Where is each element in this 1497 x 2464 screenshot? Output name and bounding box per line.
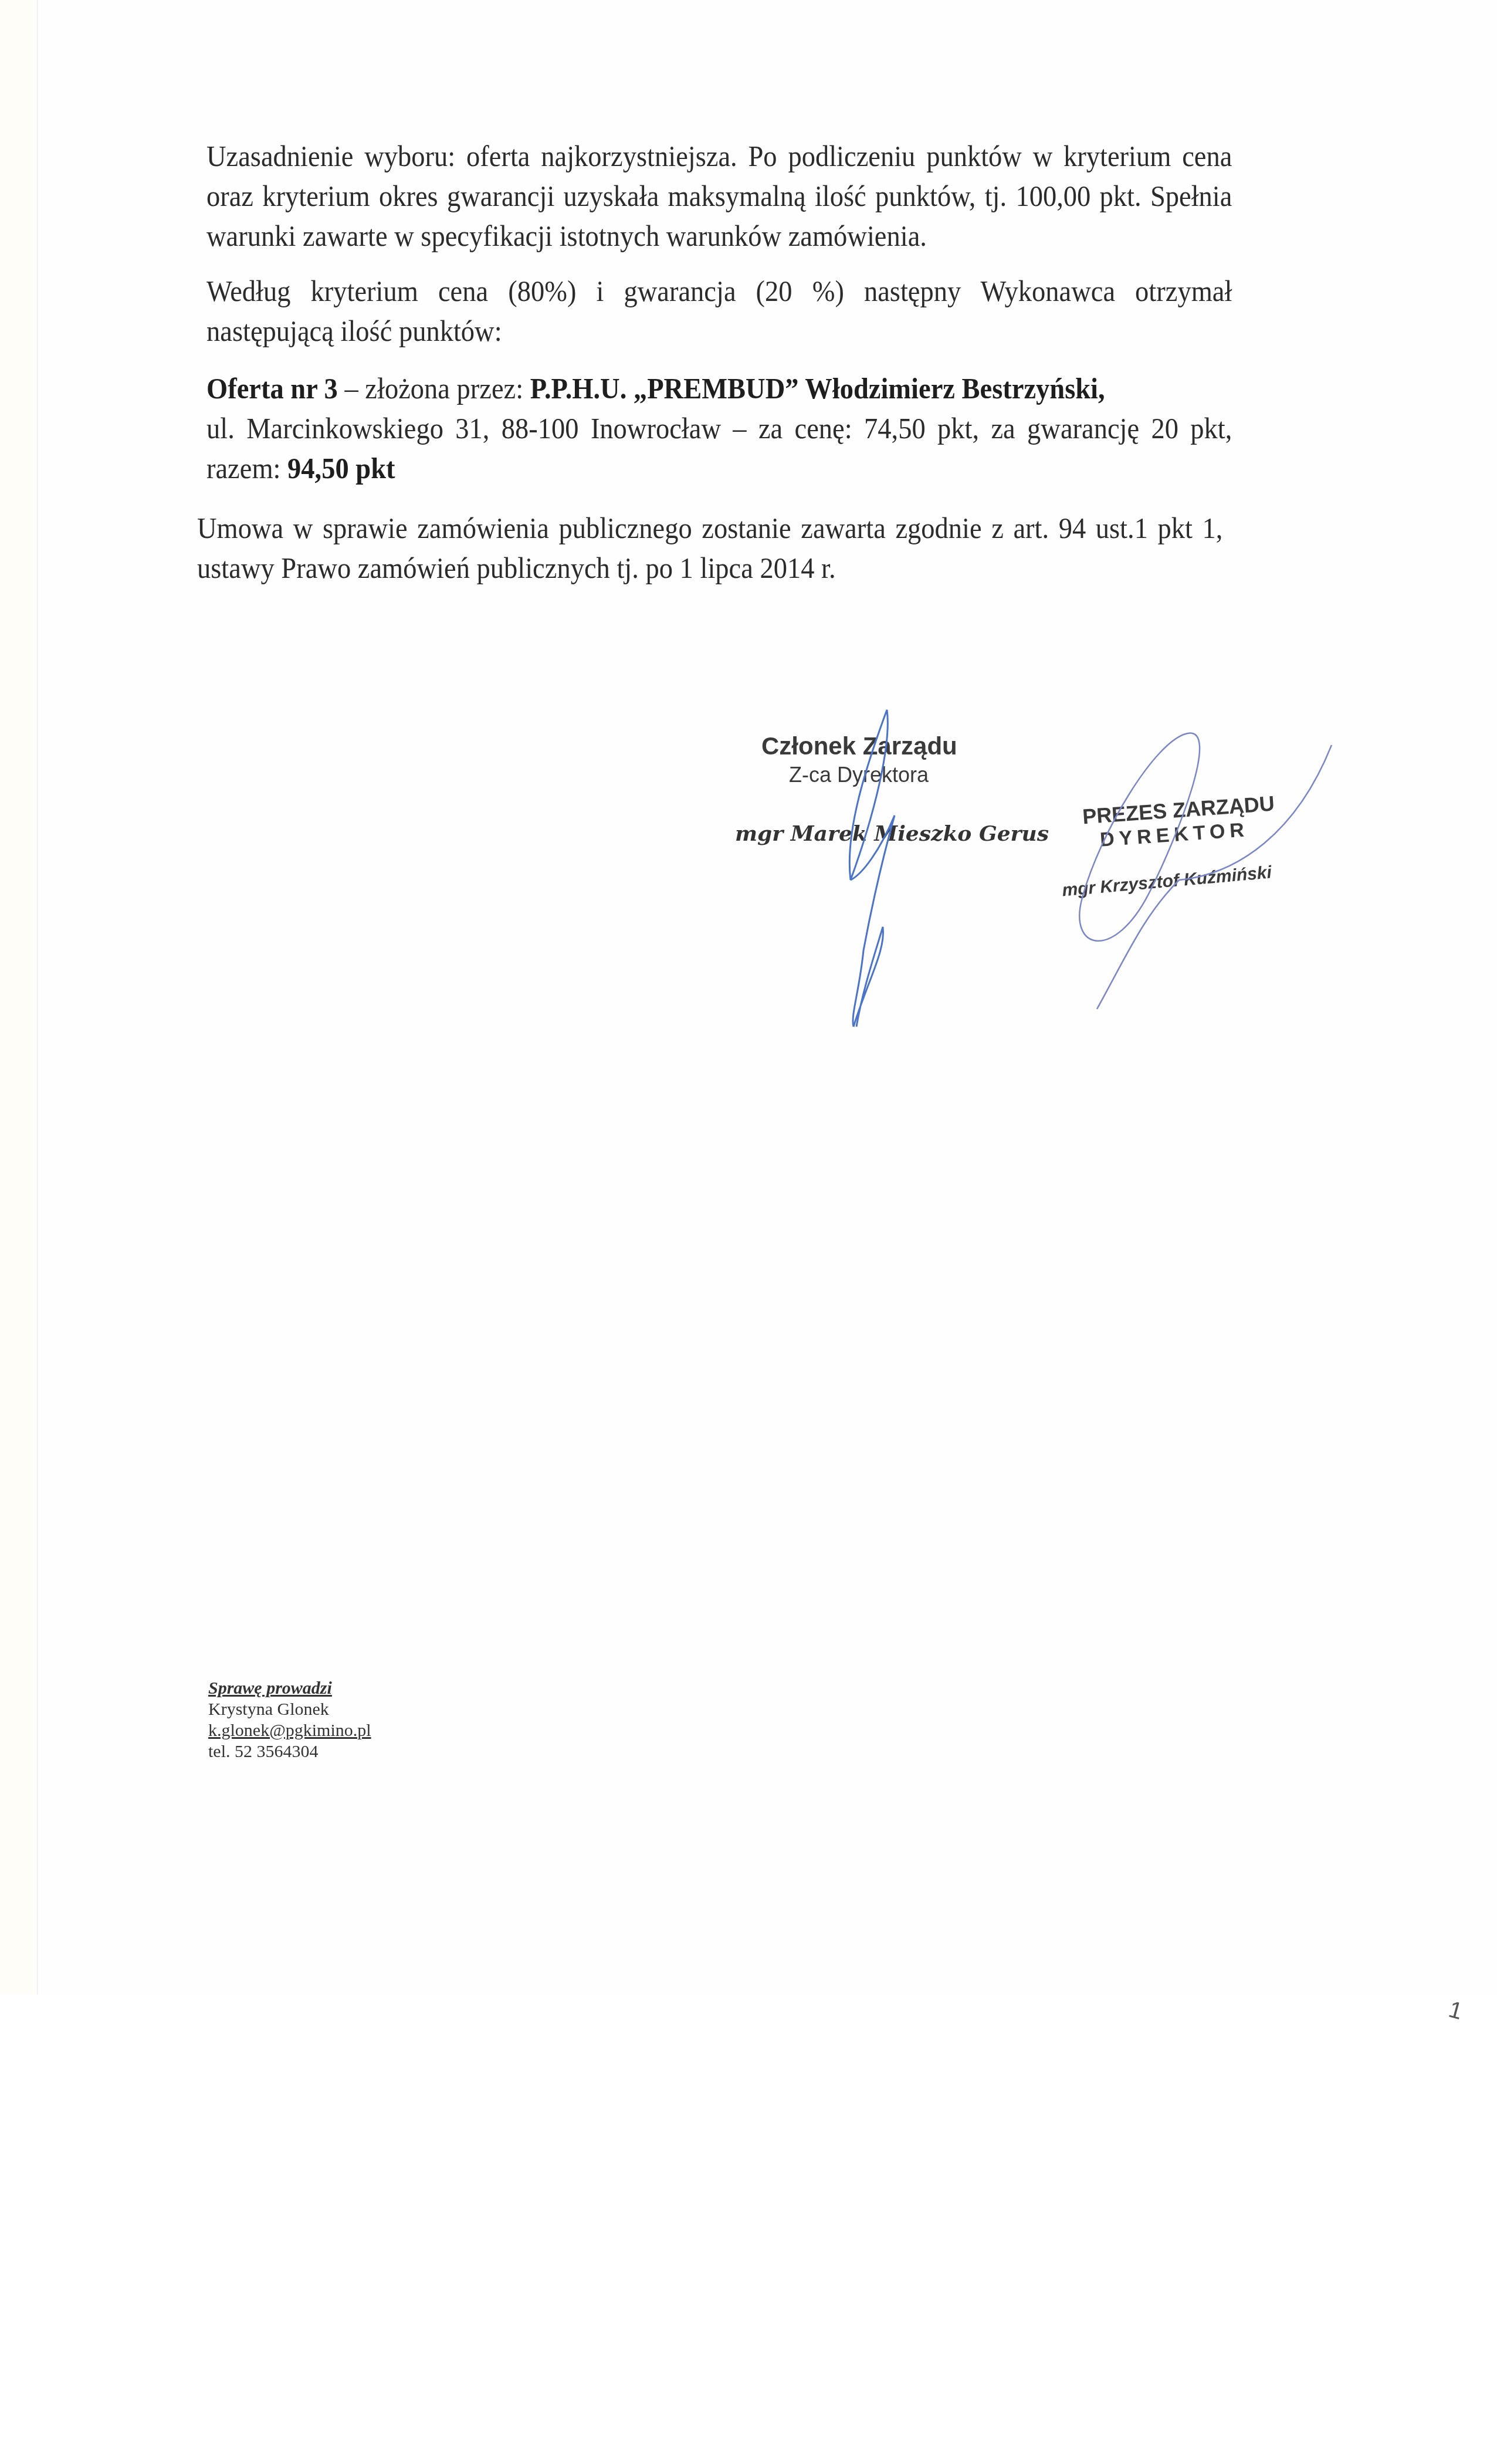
scan-edge-line [37,0,38,1995]
offer-total-label: razem: [206,452,287,485]
scan-margin-tint [0,0,35,1995]
contract-paragraph: Umowa w sprawie zamówienia publicznego z… [197,508,1222,588]
offer-total-value: 94,50 pkt [287,452,395,485]
justification-paragraph: Uzasadnienie wyboru: oferta najkorzystni… [206,136,1232,256]
criteria-line-2: następującą ilość punktów: [206,311,1232,351]
offer-company: P.P.H.U. „PREMBUD” Włodzimierz Bestrzyńs… [530,372,1105,405]
case-handler-email[interactable]: k.glonek@pgkimino.pl [208,1720,371,1741]
offer-block: Oferta nr 3 – złożona przez: P.P.H.U. „P… [206,368,1232,488]
contract-line-2: ustawy Prawo zamówień publicznych tj. po… [197,548,1222,588]
criteria-line-1: Według kryterium cena (80%) i gwarancja … [206,271,1232,311]
right-signature-icon [1044,704,1349,1009]
left-signature-icon [810,698,927,991]
case-handler-title: Sprawę prowadzi [208,1678,371,1699]
case-handler-phone: tel. 52 3564304 [208,1741,371,1762]
case-handler-name: Krystyna Glonek [208,1699,371,1720]
offer-address-line: ul. Marcinkowskiego 31, 88-100 Inowrocła… [206,408,1232,448]
offer-submitted-by: – złożona przez: [338,372,530,405]
criteria-paragraph: Według kryterium cena (80%) i gwarancja … [206,271,1232,351]
justification-text: Uzasadnienie wyboru: oferta najkorzystni… [206,140,1232,252]
contract-line-1: Umowa w sprawie zamówienia publicznego z… [197,508,1222,548]
case-handler-block: Sprawę prowadzi Krystyna Glonek k.glonek… [208,1678,371,1762]
page-number-mark: 1 [1446,1996,1465,2025]
offer-label: Oferta nr 3 [206,372,338,405]
